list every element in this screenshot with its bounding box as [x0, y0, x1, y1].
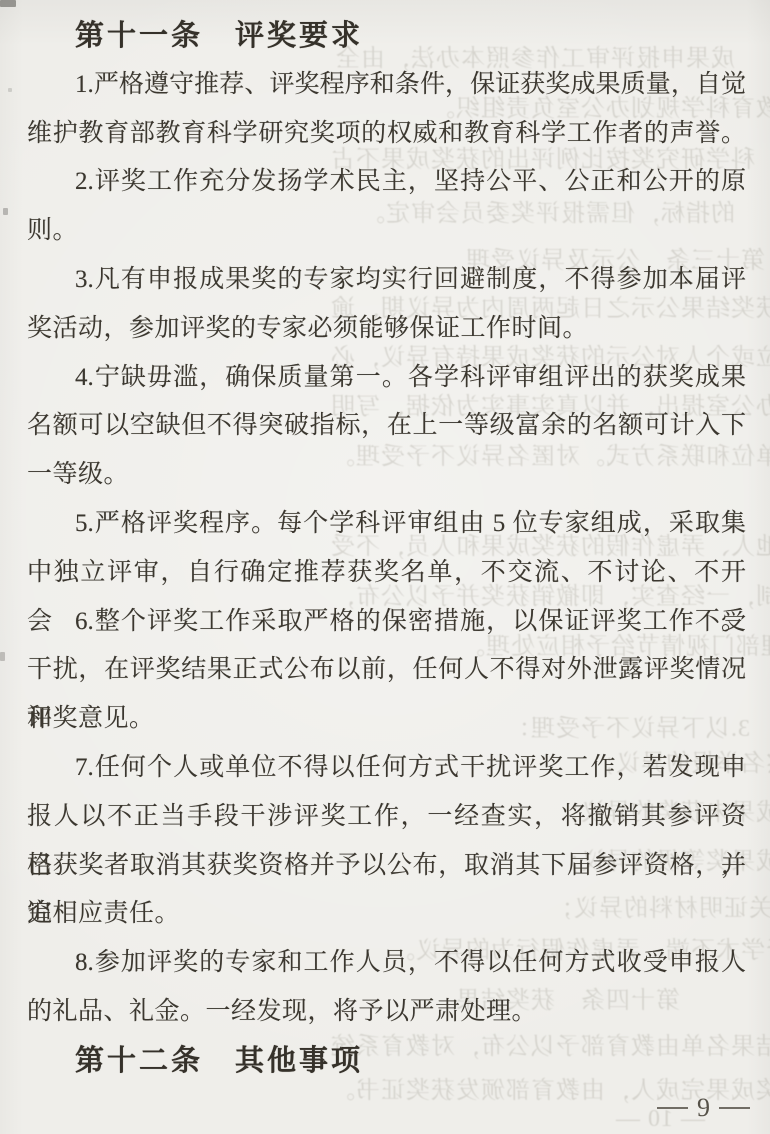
- text-line: 则。: [27, 207, 746, 256]
- text-line: 名额可以空缺但不得突破指标，在上一等级富余的名额可计入下: [27, 402, 746, 451]
- text-line: 已获奖者取消其获奖资格并予以公布，取消其下届参评资格，并追: [27, 842, 746, 891]
- article-heading: 第十一条 评奖要求: [27, 12, 746, 61]
- text-line: 3.凡有申报成果奖的专家均实行回避制度，不得参加本届评: [27, 256, 746, 305]
- text-line: 干扰，在评奖结果正式公布以前，任何人不得对外泄露评奖情况和: [27, 646, 746, 695]
- scan-speck: [3, 208, 8, 215]
- text-line: 8.参加评奖的专家和工作人员，不得以任何方式收受申报人: [27, 939, 746, 988]
- text-line: 评奖意见。: [27, 695, 746, 744]
- page-number-right-dash: [719, 1107, 750, 1109]
- text-line: 奖活动，参加评奖的专家必须能够保证工作时间。: [27, 305, 746, 354]
- text-line: 报人以不正当手段干涉评奖工作，一经查实，将撤销其参评资格，: [27, 793, 746, 842]
- page-number: 9: [657, 1095, 750, 1121]
- text-line: 2.评奖工作充分发扬学术民主，坚持公平、公正和公开的原: [27, 158, 746, 207]
- article-heading: 第十二条 其他事项: [27, 1037, 746, 1086]
- scan-speck: [0, 0, 16, 7]
- text-line: 5.严格评奖程序。每个学科评审组由 5 位专家组成，采取集: [27, 500, 746, 549]
- text-line: 中独立评审，自行确定推荐获奖名单，不交流、不讨论、不开会。: [27, 549, 746, 598]
- text-block: 第十一条 评奖要求1.严格遵守推荐、评奖程序和条件，保证获奖成果质量，自觉维护教…: [27, 12, 746, 1086]
- text-line: 维护教育部教育科学研究奖项的权威和教育科学工作者的声誉。: [27, 110, 746, 159]
- scan-speck: [8, 88, 12, 92]
- scanned-document-page: 成果申报评审工作参照本办法，由全教育科学规划办公室负责组织。科学研究奖按比例评出…: [0, 0, 770, 1134]
- text-line: 7.任何个人或单位不得以任何方式干扰评奖工作，若发现申: [27, 744, 746, 793]
- page-number-value: 9: [697, 1095, 710, 1121]
- scan-speck: [0, 652, 5, 661]
- text-line: 的礼品、礼金。一经发现，将予以严肃处理。: [27, 988, 746, 1037]
- text-line: 究相应责任。: [27, 890, 746, 939]
- page-number-left-dash: [657, 1107, 688, 1109]
- text-line: 1.严格遵守推荐、评奖程序和条件，保证获奖成果质量，自觉: [27, 61, 746, 110]
- text-line: 6.整个评奖工作采取严格的保密措施，以保证评奖工作不受: [27, 598, 746, 647]
- text-line: 4.宁缺毋滥，确保质量第一。各学科评审组评出的获奖成果: [27, 354, 746, 403]
- text-line: 一等级。: [27, 451, 746, 500]
